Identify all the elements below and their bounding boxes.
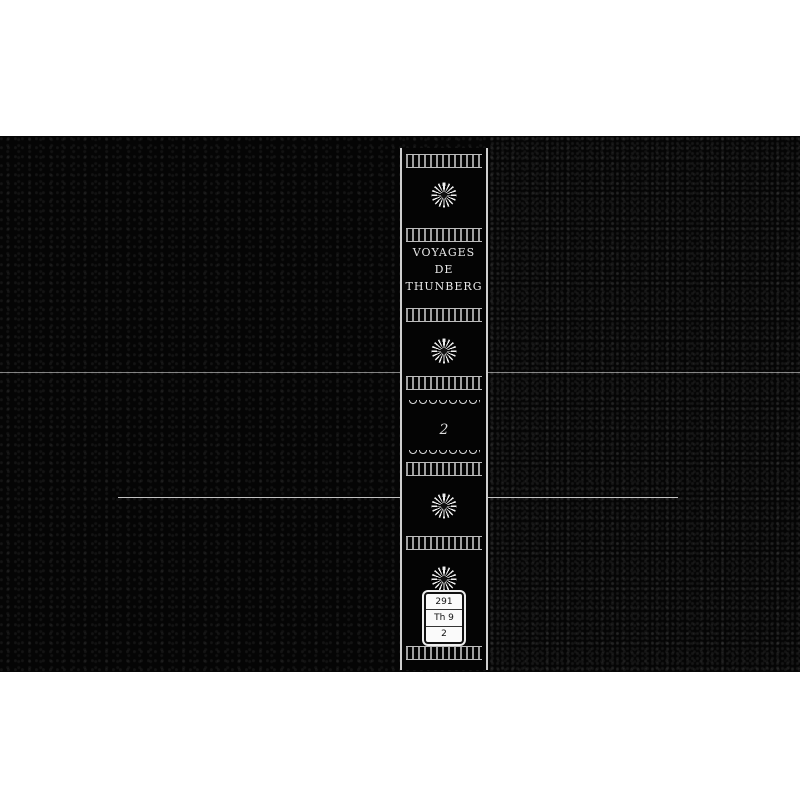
decorative-band <box>406 228 482 242</box>
spine-title: VOYAGES DE THUNBERG <box>402 244 486 295</box>
book-spine: VOYAGES DE THUNBERG 2 291 Th 9 2 <box>400 148 488 670</box>
decorative-band <box>406 646 482 660</box>
shelf-label: 291 Th 9 2 <box>424 592 464 644</box>
shelf-label-line: Th 9 <box>426 610 462 626</box>
decorative-band <box>406 536 482 550</box>
rosette-icon <box>431 493 457 519</box>
shelf-label-line: 291 <box>426 594 462 610</box>
wave-ornament <box>408 400 480 406</box>
decorative-band <box>406 376 482 390</box>
title-line: VOYAGES <box>402 244 486 261</box>
decorative-band <box>406 462 482 476</box>
title-line: THUNBERG <box>402 278 486 295</box>
rosette-icon <box>431 566 457 592</box>
scan-artifact-line <box>118 497 678 498</box>
wave-ornament <box>408 450 480 456</box>
decorative-band <box>406 154 482 168</box>
shelf-label-line: 2 <box>426 627 462 642</box>
front-cover <box>0 136 400 672</box>
book-cover: VOYAGES DE THUNBERG 2 291 Th 9 2 <box>0 136 800 672</box>
volume-number: 2 <box>402 422 486 438</box>
rosette-icon <box>431 182 457 208</box>
decorative-band <box>406 308 482 322</box>
back-cover <box>490 136 800 672</box>
title-line: DE <box>402 261 486 278</box>
rosette-icon <box>431 338 457 364</box>
